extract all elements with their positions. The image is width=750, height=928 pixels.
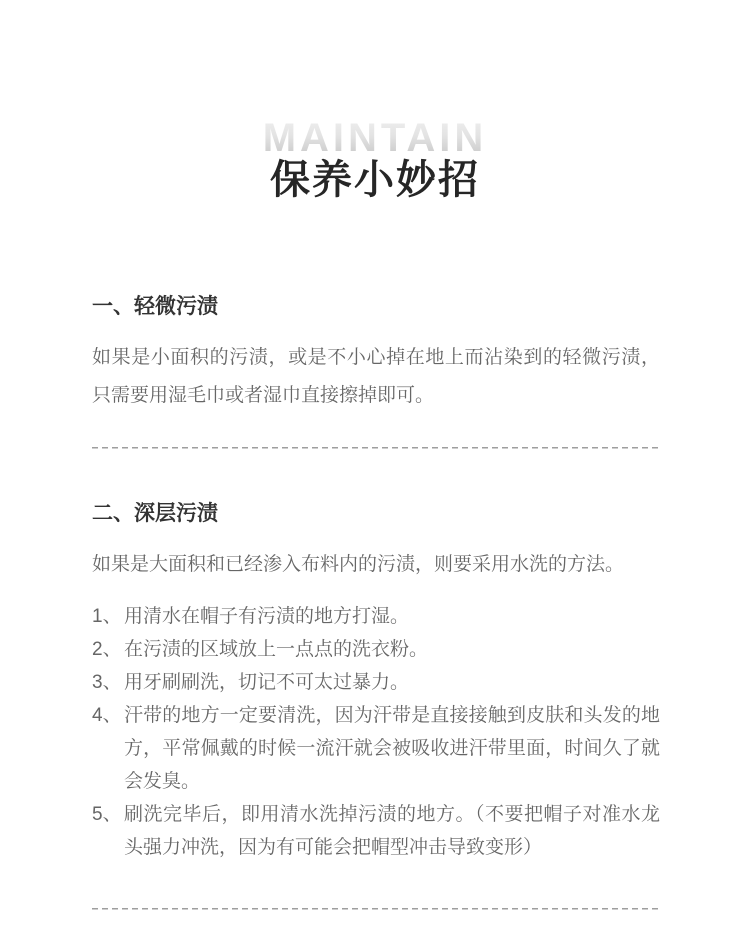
page-header: MAINTAIN 保养小妙招 [0,0,750,202]
list-item-marker: 5、 [92,798,124,864]
list-item-text: 用牙刷刷洗，切记不可太过暴力。 [124,666,660,699]
section-heading: 一、轻微污渍 [92,295,660,319]
section-body: 如果是小面积的污渍，或是不小心掉在地上而沾染到的轻微污渍，只需要用湿毛巾或者湿巾… [92,339,660,415]
list-item-text: 在污渍的区域放上一点点的洗衣粉。 [124,633,660,666]
list-item: 2、 在污渍的区域放上一点点的洗衣粉。 [92,633,660,666]
page-title: 保养小妙招 [0,158,750,202]
section-light-stains: 一、轻微污渍 如果是小面积的污渍，或是不小心掉在地上而沾染到的轻微污渍，只需要用… [92,295,660,415]
list-item-marker: 1、 [92,600,124,633]
list-item: 4、 汗带的地方一定要清洗，因为汗带是直接接触到皮肤和头发的地方，平常佩戴的时候… [92,699,660,798]
steps-list: 1、 用清水在帽子有污渍的地方打湿。 2、 在污渍的区域放上一点点的洗衣粉。 3… [92,600,660,864]
section-deep-stains: 二、深层污渍 如果是大面积和已经渗入布料内的污渍，则要采用水洗的方法。 1、 用… [92,502,660,864]
maintenance-tips-page: MAINTAIN 保养小妙招 一、轻微污渍 如果是小面积的污渍，或是不小心掉在地… [0,0,750,928]
dashed-divider [92,908,660,910]
list-item-marker: 4、 [92,699,124,798]
list-item-marker: 2、 [92,633,124,666]
section-heading: 二、深层污渍 [92,502,660,526]
dashed-divider [92,447,660,449]
list-item: 1、 用清水在帽子有污渍的地方打湿。 [92,600,660,633]
list-item-marker: 3、 [92,666,124,699]
watermark-text: MAINTAIN [0,118,750,158]
list-item: 3、 用牙刷刷洗，切记不可太过暴力。 [92,666,660,699]
list-item-text: 用清水在帽子有污渍的地方打湿。 [124,600,660,633]
list-item-text: 汗带的地方一定要清洗，因为汗带是直接接触到皮肤和头发的地方，平常佩戴的时候一流汗… [124,699,660,798]
list-item: 5、 刷洗完毕后，即用清水洗掉污渍的地方。（不要把帽子对准水龙头强力冲洗，因为有… [92,798,660,864]
list-item-text: 刷洗完毕后，即用清水洗掉污渍的地方。（不要把帽子对准水龙头强力冲洗，因为有可能会… [124,798,660,864]
section-body: 如果是大面积和已经渗入布料内的污渍，则要采用水洗的方法。 [92,546,660,584]
